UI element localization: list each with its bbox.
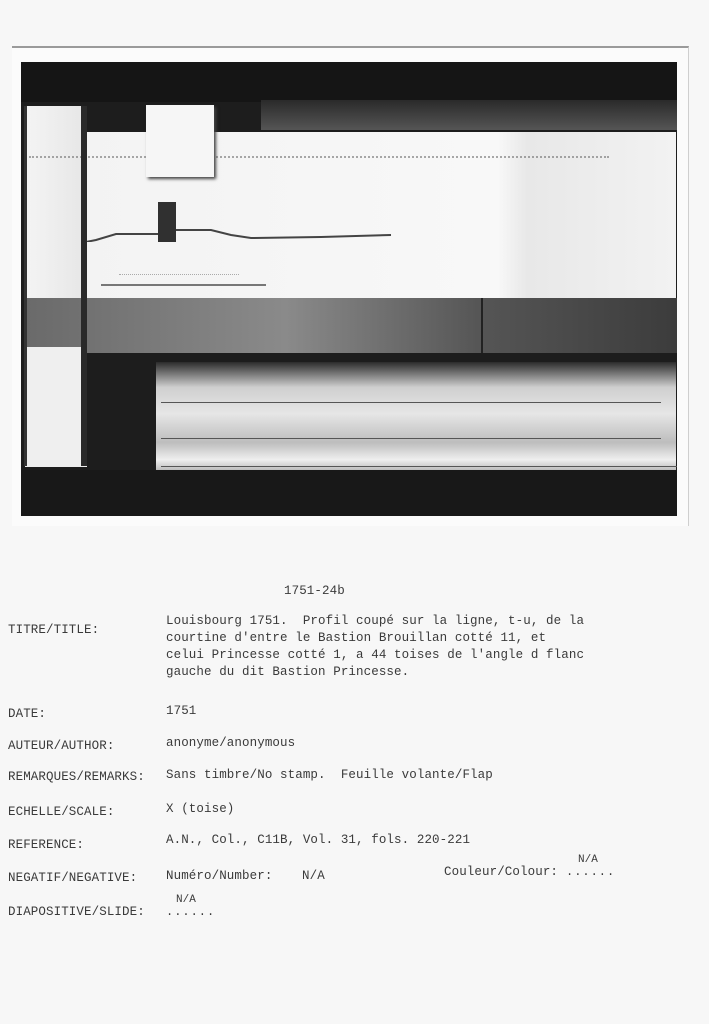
photo-lower-left-sheet — [25, 347, 87, 467]
photo-scale-caption — [119, 268, 239, 275]
scale-label: ECHELLE/SCALE: — [8, 804, 114, 820]
photo-mid-band — [25, 298, 677, 353]
negative-label: NEGATIF/NEGATIVE: — [8, 870, 137, 886]
archival-photograph — [21, 62, 677, 516]
slide-label: DIAPOSITIVE/SLIDE: — [8, 904, 145, 920]
photo-ruled-line — [161, 466, 677, 467]
negative-number-value: N/A — [302, 868, 325, 884]
reference-value: A.N., Col., C11B, Vol. 31, fols. 220-221 — [166, 832, 470, 848]
photo-scale-bar — [101, 284, 266, 286]
date-value: 1751 — [166, 703, 196, 719]
photo-vertical-fold — [81, 106, 87, 466]
photo-paper-flap — [146, 105, 214, 177]
photo-ruled-line — [161, 438, 661, 439]
author-label: AUTEUR/AUTHOR: — [8, 738, 114, 754]
photo-dark-band-bottom — [21, 470, 677, 516]
photo-dark-band-top — [21, 62, 677, 102]
reference-label: REFERENCE: — [8, 837, 84, 853]
photo-ruled-line — [161, 402, 661, 403]
photo-gray-strip — [261, 100, 677, 130]
negative-number-label: Numéro/Number: — [166, 868, 272, 884]
scale-value: X (toise) — [166, 801, 234, 817]
photo-left-edge — [24, 106, 27, 466]
slide-dots: ...... — [166, 905, 215, 919]
catalogue-number: 1751-24b — [284, 583, 345, 599]
remarks-value: Sans timbre/No stamp. Feuille volante/Fl… — [166, 767, 493, 783]
photo-mid-divider — [481, 298, 483, 353]
date-label: DATE: — [8, 706, 46, 722]
negative-colour-label: Couleur/Colour: — [444, 864, 558, 880]
title-line-4: gauche du dit Bastion Princesse. — [166, 664, 409, 680]
title-label: TITRE/TITLE: — [8, 622, 99, 638]
title-line-3: celui Princesse cotté 1, a 44 toises de … — [166, 647, 584, 663]
photo-lower-sheet — [156, 362, 676, 477]
author-value: anonyme/anonymous — [166, 735, 295, 751]
title-line-2: courtine d'entre le Bastion Brouillan co… — [166, 630, 546, 646]
photo-handwritten-caption — [29, 150, 609, 158]
photo-fort-mark — [158, 202, 176, 242]
photo-profile-line — [21, 212, 677, 242]
negative-colour-dots: ...... — [566, 865, 615, 879]
remarks-label: REMARQUES/REMARKS: — [8, 769, 145, 785]
title-line-1: Louisbourg 1751. Profil coupé sur la lig… — [166, 613, 584, 629]
